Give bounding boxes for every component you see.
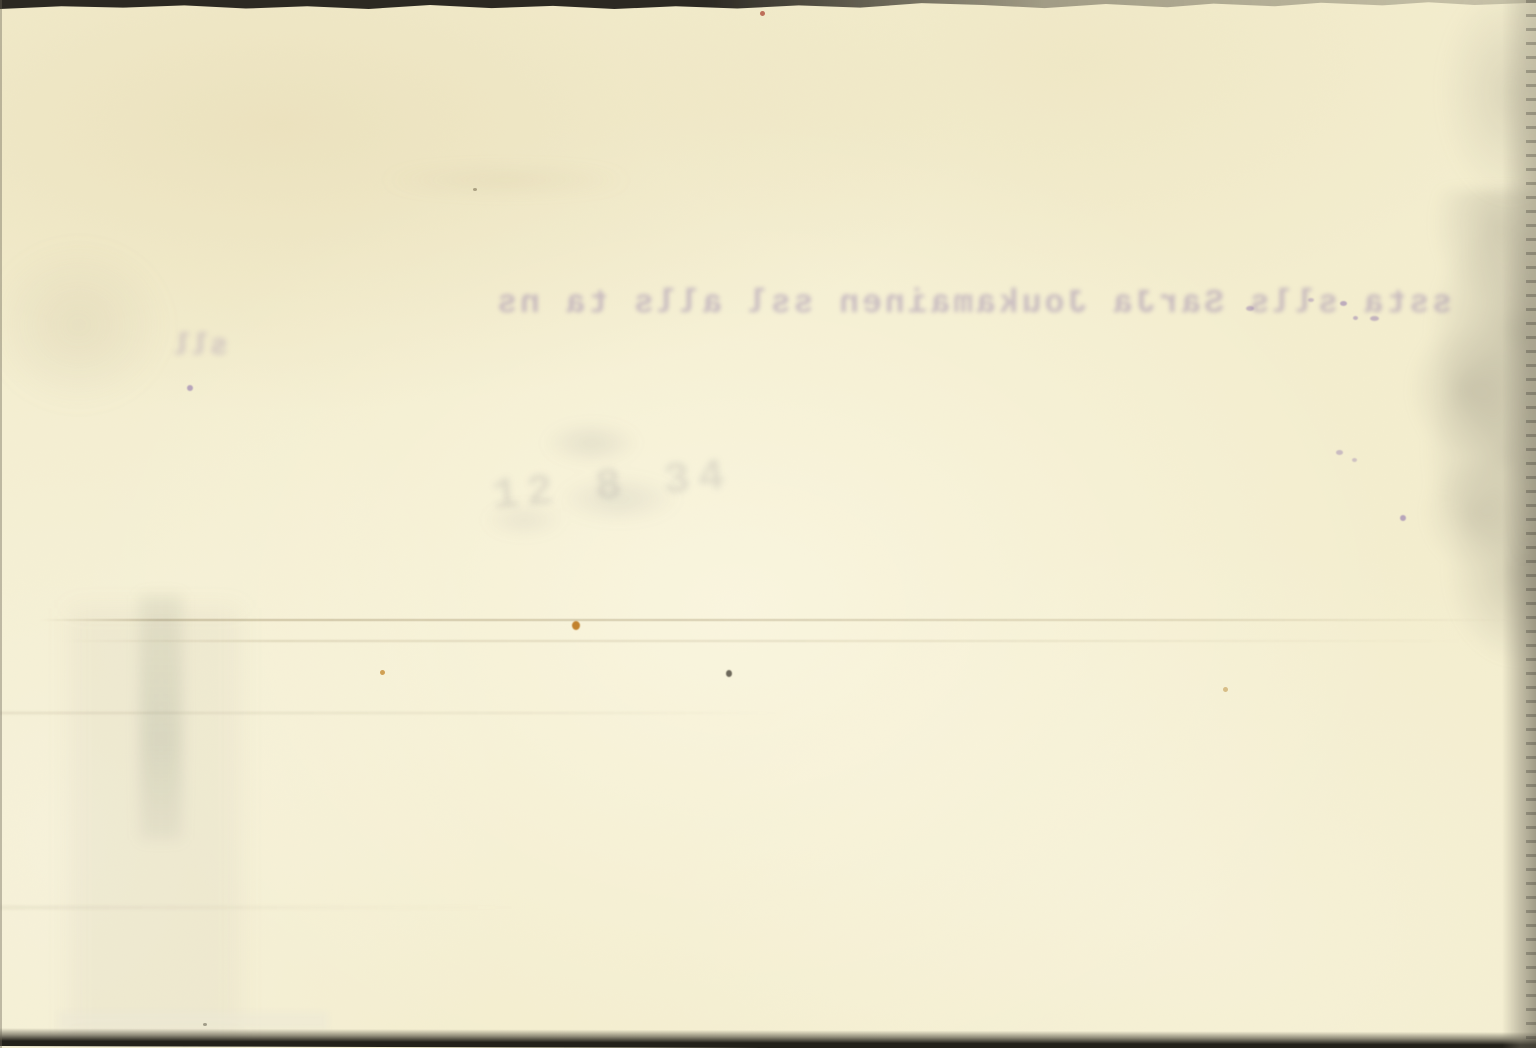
faint-smudge-top xyxy=(336,166,676,194)
ink-fleck xyxy=(1353,316,1358,320)
ink-fleck xyxy=(1340,301,1347,306)
scan-edge-bottom xyxy=(0,1028,1536,1048)
ink-fleck xyxy=(1336,450,1343,455)
ink-fleck xyxy=(1246,306,1254,311)
scanned-card: ssta slls SarJa Joukamainen ssl alls ta … xyxy=(0,0,1536,1048)
crease-line-1 xyxy=(40,619,1508,621)
paper-speck xyxy=(760,11,765,16)
ink-fleck xyxy=(1352,458,1357,462)
paper-speck xyxy=(203,1023,207,1026)
ink-fleck xyxy=(1400,515,1406,521)
scan-edge-left xyxy=(0,0,2,1048)
scan-edge-right-flecks xyxy=(1526,0,1536,1048)
ghost-typewriter-fragment: sll xyxy=(118,330,228,390)
crease-line-2 xyxy=(60,640,1480,642)
ink-fleck xyxy=(1308,298,1314,302)
paper-speck xyxy=(473,188,477,191)
vertical-tone-band xyxy=(70,608,240,1040)
paper-speck xyxy=(1223,687,1228,692)
ghost-typewriter-line: ssta slls SarJa Joukamainen ssl alls ta … xyxy=(372,282,1452,328)
ink-fleck xyxy=(187,385,193,391)
ink-fleck xyxy=(1370,316,1379,321)
paper-speck xyxy=(380,670,385,675)
paper-speck xyxy=(572,621,580,630)
paper-speck xyxy=(726,670,732,677)
